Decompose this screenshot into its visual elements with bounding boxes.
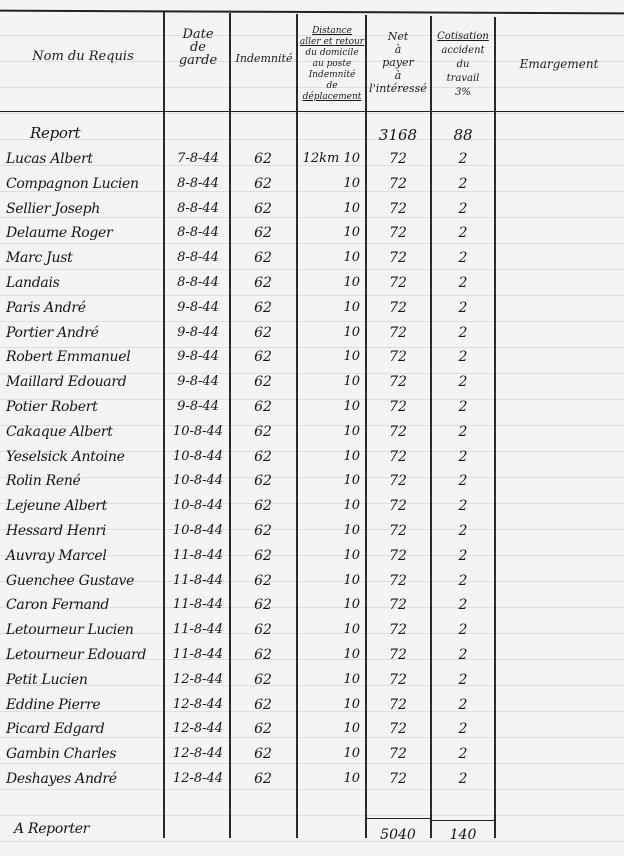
col-rule-6 bbox=[494, 17, 496, 838]
row-net: 72 bbox=[368, 423, 428, 441]
header-cotisation-line: travail bbox=[430, 72, 496, 86]
header-net-line: payer bbox=[366, 56, 430, 69]
row-cotisation: 2 bbox=[432, 472, 494, 490]
row-date: 11-8-44 bbox=[166, 646, 230, 664]
row-date: 9-8-44 bbox=[166, 373, 230, 391]
header-cotisation-line: Cotisation bbox=[430, 30, 496, 44]
row-date: 8-8-44 bbox=[166, 175, 230, 193]
row-distance: 10 bbox=[298, 373, 360, 391]
row-distance: 10 bbox=[298, 423, 360, 441]
row-name: Hessard Henri bbox=[6, 522, 166, 540]
header-cotisation-line: accident bbox=[430, 44, 496, 58]
row-indemnite: 62 bbox=[232, 497, 294, 515]
row-name: Lucas Albert bbox=[6, 150, 166, 168]
header-distance: Distance aller et retour du domicile au … bbox=[297, 26, 367, 103]
row-date: 12-8-44 bbox=[166, 770, 230, 788]
row-net: 72 bbox=[368, 745, 428, 763]
row-cotisation: 2 bbox=[432, 497, 494, 515]
row-distance: 12km 10 bbox=[298, 150, 360, 168]
row-cotisation: 2 bbox=[432, 274, 494, 292]
header-indemnite: Indemnité bbox=[230, 52, 298, 65]
ledger-page: Nom du Requis Date de garde Indemnité Di… bbox=[0, 0, 624, 856]
row-net: 72 bbox=[368, 348, 428, 366]
row-name: Delaume Roger bbox=[6, 224, 166, 242]
row-net: 72 bbox=[368, 448, 428, 466]
row-net: 72 bbox=[368, 671, 428, 689]
row-name: Cakaque Albert bbox=[6, 423, 166, 441]
row-cotisation: 2 bbox=[432, 522, 494, 540]
row-net: 72 bbox=[368, 299, 428, 317]
report-label: Report bbox=[30, 124, 190, 142]
row-date: 10-8-44 bbox=[166, 423, 230, 441]
row-distance: 10 bbox=[298, 200, 360, 218]
row-name: Paris André bbox=[6, 299, 166, 317]
row-cotisation: 2 bbox=[432, 150, 494, 168]
row-net: 72 bbox=[368, 373, 428, 391]
row-indemnite: 62 bbox=[232, 472, 294, 490]
row-distance: 10 bbox=[298, 547, 360, 565]
header-net: Net à payer à l'intéressé bbox=[366, 30, 430, 95]
row-indemnite: 62 bbox=[232, 348, 294, 366]
carry-forward-label: A Reporter bbox=[14, 820, 174, 838]
row-name: Landais bbox=[6, 274, 166, 292]
row-cotisation: 2 bbox=[432, 249, 494, 267]
report-net: 3168 bbox=[368, 126, 428, 144]
row-indemnite: 62 bbox=[232, 373, 294, 391]
header-distance-line: aller et retour bbox=[297, 37, 367, 48]
row-distance: 10 bbox=[298, 572, 360, 590]
row-net: 72 bbox=[368, 621, 428, 639]
row-indemnite: 62 bbox=[232, 671, 294, 689]
row-cotisation: 2 bbox=[432, 373, 494, 391]
row-name: Robert Emmanuel bbox=[6, 348, 166, 366]
row-cotisation: 2 bbox=[432, 547, 494, 565]
row-cotisation: 2 bbox=[432, 720, 494, 738]
row-net: 72 bbox=[368, 249, 428, 267]
row-cotisation: 2 bbox=[432, 348, 494, 366]
row-cotisation: 2 bbox=[432, 299, 494, 317]
row-cotisation: 2 bbox=[432, 423, 494, 441]
row-date: 8-8-44 bbox=[166, 249, 230, 267]
row-distance: 10 bbox=[298, 621, 360, 639]
row-distance: 10 bbox=[298, 299, 360, 317]
row-distance: 10 bbox=[298, 497, 360, 515]
col-rule-4 bbox=[365, 15, 367, 838]
row-name: Portier André bbox=[6, 324, 166, 342]
row-date: 9-8-44 bbox=[166, 324, 230, 342]
row-name: Marc Just bbox=[6, 249, 166, 267]
row-net: 72 bbox=[368, 522, 428, 540]
row-date: 11-8-44 bbox=[166, 572, 230, 590]
row-distance: 10 bbox=[298, 596, 360, 614]
row-distance: 10 bbox=[298, 472, 360, 490]
row-date: 12-8-44 bbox=[166, 671, 230, 689]
row-name: Sellier Joseph bbox=[6, 200, 166, 218]
row-net: 72 bbox=[368, 646, 428, 664]
row-distance: 10 bbox=[298, 224, 360, 242]
header-distance-line: du domicile bbox=[297, 48, 367, 59]
row-name: Gambin Charles bbox=[6, 745, 166, 763]
row-indemnite: 62 bbox=[232, 175, 294, 193]
row-net: 72 bbox=[368, 596, 428, 614]
row-indemnite: 62 bbox=[232, 696, 294, 714]
header-net-line: l'intéressé bbox=[366, 82, 430, 95]
row-indemnite: 62 bbox=[232, 770, 294, 788]
row-distance: 10 bbox=[298, 348, 360, 366]
header-emargement: Emargement bbox=[500, 58, 618, 71]
row-indemnite: 62 bbox=[232, 398, 294, 416]
row-indemnite: 62 bbox=[232, 448, 294, 466]
row-date: 9-8-44 bbox=[166, 398, 230, 416]
row-distance: 10 bbox=[298, 745, 360, 763]
row-date: 9-8-44 bbox=[166, 299, 230, 317]
row-indemnite: 62 bbox=[232, 274, 294, 292]
row-distance: 10 bbox=[298, 671, 360, 689]
row-distance: 10 bbox=[298, 646, 360, 664]
row-name: Picard Edgard bbox=[6, 720, 166, 738]
row-indemnite: 62 bbox=[232, 299, 294, 317]
row-net: 72 bbox=[368, 696, 428, 714]
row-name: Maillard Edouard bbox=[6, 373, 166, 391]
row-cotisation: 2 bbox=[432, 696, 494, 714]
row-indemnite: 62 bbox=[232, 150, 294, 168]
carry-forward-cotisation: 140 bbox=[432, 826, 494, 844]
total-rule-net bbox=[365, 818, 431, 819]
row-cotisation: 2 bbox=[432, 224, 494, 242]
row-date: 10-8-44 bbox=[166, 448, 230, 466]
row-indemnite: 62 bbox=[232, 621, 294, 639]
row-date: 8-8-44 bbox=[166, 200, 230, 218]
row-date: 12-8-44 bbox=[166, 720, 230, 738]
row-distance: 10 bbox=[298, 175, 360, 193]
row-net: 72 bbox=[368, 472, 428, 490]
row-name: Deshayes André bbox=[6, 770, 166, 788]
row-date: 10-8-44 bbox=[166, 522, 230, 540]
row-distance: 10 bbox=[298, 720, 360, 738]
row-name: Letourneur Edouard bbox=[6, 646, 166, 664]
row-net: 72 bbox=[368, 224, 428, 242]
header-distance-line: Distance bbox=[297, 26, 367, 37]
row-cotisation: 2 bbox=[432, 175, 494, 193]
row-net: 72 bbox=[368, 200, 428, 218]
header-distance-line: déplacement bbox=[297, 92, 367, 103]
header-top-rule bbox=[0, 10, 624, 15]
header-net-line: à bbox=[366, 43, 430, 56]
row-distance: 10 bbox=[298, 448, 360, 466]
row-indemnite: 62 bbox=[232, 249, 294, 267]
row-name: Yeselsick Antoine bbox=[6, 448, 166, 466]
row-name: Letourneur Lucien bbox=[6, 621, 166, 639]
header-net-line: à bbox=[366, 69, 430, 82]
header-date: Date de garde bbox=[166, 28, 230, 67]
row-cotisation: 2 bbox=[432, 572, 494, 590]
row-name: Caron Fernand bbox=[6, 596, 166, 614]
row-date: 12-8-44 bbox=[166, 696, 230, 714]
row-indemnite: 62 bbox=[232, 324, 294, 342]
row-distance: 10 bbox=[298, 770, 360, 788]
row-cotisation: 2 bbox=[432, 770, 494, 788]
row-net: 72 bbox=[368, 720, 428, 738]
row-indemnite: 62 bbox=[232, 596, 294, 614]
header-cotisation: Cotisation accident du travail 3% bbox=[430, 30, 496, 100]
row-indemnite: 62 bbox=[232, 547, 294, 565]
header-distance-line: au poste bbox=[297, 59, 367, 70]
row-indemnite: 62 bbox=[232, 745, 294, 763]
row-net: 72 bbox=[368, 324, 428, 342]
report-cotisation: 88 bbox=[432, 126, 494, 144]
row-name: Lejeune Albert bbox=[6, 497, 166, 515]
row-date: 11-8-44 bbox=[166, 621, 230, 639]
row-cotisation: 2 bbox=[432, 745, 494, 763]
row-cotisation: 2 bbox=[432, 621, 494, 639]
row-cotisation: 2 bbox=[432, 324, 494, 342]
row-date: 9-8-44 bbox=[166, 348, 230, 366]
row-name: Potier Robert bbox=[6, 398, 166, 416]
row-cotisation: 2 bbox=[432, 671, 494, 689]
row-net: 72 bbox=[368, 497, 428, 515]
row-name: Eddine Pierre bbox=[6, 696, 166, 714]
row-distance: 10 bbox=[298, 324, 360, 342]
row-name: Compagnon Lucien bbox=[6, 175, 166, 193]
row-indemnite: 62 bbox=[232, 224, 294, 242]
row-indemnite: 62 bbox=[232, 423, 294, 441]
row-net: 72 bbox=[368, 150, 428, 168]
row-date: 12-8-44 bbox=[166, 745, 230, 763]
row-cotisation: 2 bbox=[432, 646, 494, 664]
header-cotisation-line: 3% bbox=[430, 86, 496, 100]
row-net: 72 bbox=[368, 547, 428, 565]
carry-forward-net: 5040 bbox=[368, 826, 428, 844]
row-name: Auvray Marcel bbox=[6, 547, 166, 565]
row-net: 72 bbox=[368, 770, 428, 788]
header-date-line: garde bbox=[166, 54, 230, 67]
row-date: 8-8-44 bbox=[166, 224, 230, 242]
row-date: 7-8-44 bbox=[166, 150, 230, 168]
row-indemnite: 62 bbox=[232, 572, 294, 590]
row-distance: 10 bbox=[298, 696, 360, 714]
row-indemnite: 62 bbox=[232, 720, 294, 738]
row-distance: 10 bbox=[298, 249, 360, 267]
row-date: 11-8-44 bbox=[166, 547, 230, 565]
row-name: Guenchee Gustave bbox=[6, 572, 166, 590]
row-distance: 10 bbox=[298, 274, 360, 292]
row-name: Petit Lucien bbox=[6, 671, 166, 689]
row-date: 10-8-44 bbox=[166, 497, 230, 515]
row-net: 72 bbox=[368, 398, 428, 416]
row-distance: 10 bbox=[298, 522, 360, 540]
row-name: Rolin René bbox=[6, 472, 166, 490]
row-date: 10-8-44 bbox=[166, 472, 230, 490]
row-date: 8-8-44 bbox=[166, 274, 230, 292]
row-cotisation: 2 bbox=[432, 398, 494, 416]
row-net: 72 bbox=[368, 274, 428, 292]
row-cotisation: 2 bbox=[432, 448, 494, 466]
row-cotisation: 2 bbox=[432, 200, 494, 218]
header-cotisation-line: du bbox=[430, 58, 496, 72]
total-rule-cotisation bbox=[430, 820, 495, 821]
row-cotisation: 2 bbox=[432, 596, 494, 614]
row-net: 72 bbox=[368, 572, 428, 590]
row-indemnite: 62 bbox=[232, 646, 294, 664]
row-net: 72 bbox=[368, 175, 428, 193]
header-bottom-rule bbox=[0, 111, 624, 112]
header-distance-line: Indemnité bbox=[297, 70, 367, 81]
header-distance-line: de bbox=[297, 81, 367, 92]
header-net-line: Net bbox=[366, 30, 430, 43]
header-name: Nom du Requis bbox=[4, 50, 162, 63]
row-indemnite: 62 bbox=[232, 200, 294, 218]
row-indemnite: 62 bbox=[232, 522, 294, 540]
row-date: 11-8-44 bbox=[166, 596, 230, 614]
row-distance: 10 bbox=[298, 398, 360, 416]
